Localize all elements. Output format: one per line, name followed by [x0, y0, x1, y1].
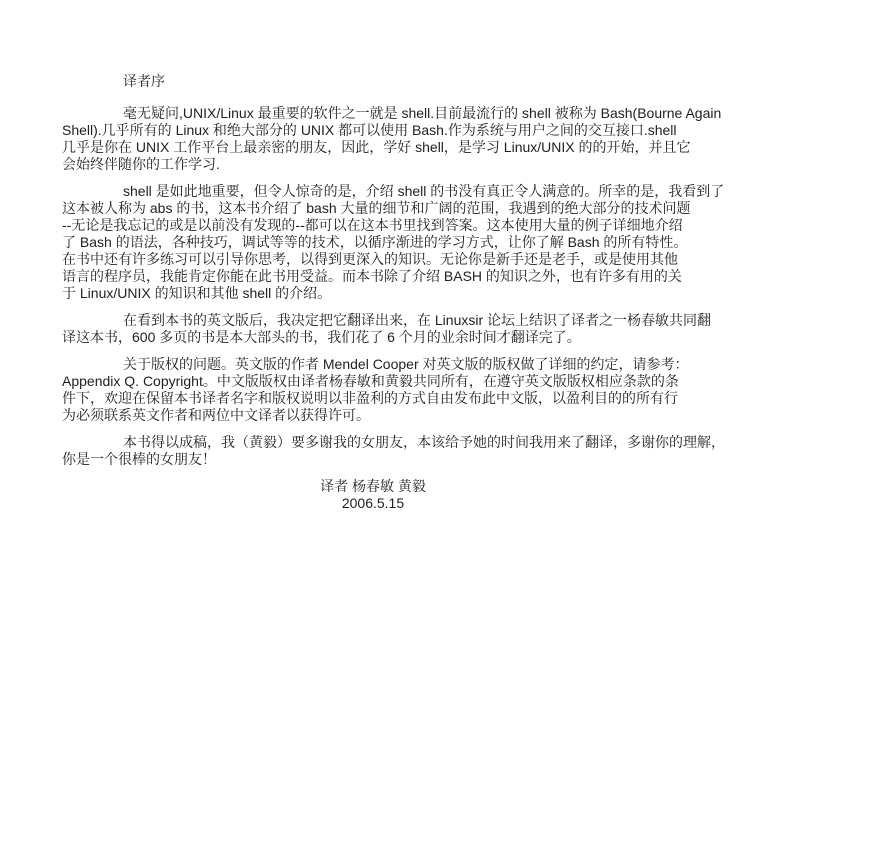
- paragraph-line: 毫无疑问,UNIX/Linux 最重要的软件之一就是 shell.目前最流行的 …: [62, 105, 845, 122]
- document-content: 译者序 毫无疑问,UNIX/Linux 最重要的软件之一就是 shell.目前最…: [62, 73, 845, 512]
- paragraph: 关于版权的问题。英文版的作者 Mendel Cooper 对英文版的版权做了详细…: [62, 356, 845, 424]
- paragraph-line: 本书得以成稿，我（黄毅）要多谢我的女朋友，本该给予她的时间我用来了翻译，多谢你的…: [62, 434, 845, 451]
- paragraph: 在看到本书的英文版后，我决定把它翻译出来，在 Linuxsir 论坛上结识了译者…: [62, 312, 845, 346]
- paragraph-line: shell 是如此地重要，但令人惊奇的是，介绍 shell 的书没有真正令人满意…: [62, 183, 845, 200]
- paragraph-line: 在书中还有许多练习可以引导你思考，以得到更深入的知识。无论你是新手还是老手，或是…: [62, 251, 845, 268]
- page-title: 译者序: [62, 73, 845, 90]
- paragraph-line: 关于版权的问题。英文版的作者 Mendel Cooper 对英文版的版权做了详细…: [62, 356, 845, 373]
- paragraph-line: 会始终伴随你的工作学习.: [62, 156, 845, 173]
- paragraph: shell 是如此地重要，但令人惊奇的是，介绍 shell 的书没有真正令人满意…: [62, 183, 845, 302]
- signature-date: 2006.5.15: [62, 495, 684, 512]
- signature-block: 译者 杨春敏 黄毅 2006.5.15: [62, 478, 684, 512]
- paragraph-line: 你是一个很棒的女朋友！: [62, 451, 845, 468]
- paragraph-line: 了 Bash 的语法，各种技巧，调试等等的技术，以循序渐进的学习方式，让你了解 …: [62, 234, 845, 251]
- paragraph-line: 在看到本书的英文版后，我决定把它翻译出来，在 Linuxsir 论坛上结识了译者…: [62, 312, 845, 329]
- paragraph-line: Shell).几乎所有的 Linux 和绝大部分的 UNIX 都可以使用 Bas…: [62, 122, 845, 139]
- paragraph-line: 件下，欢迎在保留本书译者名字和版权说明以非盈利的方式自由发布此中文版，以盈利目的…: [62, 390, 845, 407]
- paragraph-line: 为必须联系英文作者和两位中文译者以获得许可。: [62, 407, 845, 424]
- paragraph-line: 这本被人称为 abs 的书，这本书介绍了 bash 大量的细节和广阔的范围，我遇…: [62, 200, 845, 217]
- document-page: 译者序 毫无疑问,UNIX/Linux 最重要的软件之一就是 shell.目前最…: [0, 0, 870, 842]
- paragraph: 毫无疑问,UNIX/Linux 最重要的软件之一就是 shell.目前最流行的 …: [62, 105, 845, 173]
- paragraph-line: --无论是我忘记的或是以前没有发现的--都可以在这本书里找到答案。这本使用大量的…: [62, 217, 845, 234]
- document-body: 毫无疑问,UNIX/Linux 最重要的软件之一就是 shell.目前最流行的 …: [62, 105, 845, 468]
- paragraph-line: 于 Linux/UNIX 的知识和其他 shell 的介绍。: [62, 285, 845, 302]
- paragraph-line: 几乎是你在 UNIX 工作平台上最亲密的朋友，因此，学好 shell，是学习 L…: [62, 139, 845, 156]
- signature-authors: 译者 杨春敏 黄毅: [62, 478, 684, 495]
- paragraph-line: 译这本书，600 多页的书是本大部头的书，我们花了 6 个月的业余时间才翻译完了…: [62, 329, 845, 346]
- paragraph-line: 语言的程序员，我能肯定你能在此书用受益。而本书除了介绍 BASH 的知识之外，也…: [62, 268, 845, 285]
- paragraph-line: Appendix Q. Copyright。中文版版权由译者杨春敏和黄毅共同所有…: [62, 373, 845, 390]
- paragraph: 本书得以成稿，我（黄毅）要多谢我的女朋友，本该给予她的时间我用来了翻译，多谢你的…: [62, 434, 845, 468]
